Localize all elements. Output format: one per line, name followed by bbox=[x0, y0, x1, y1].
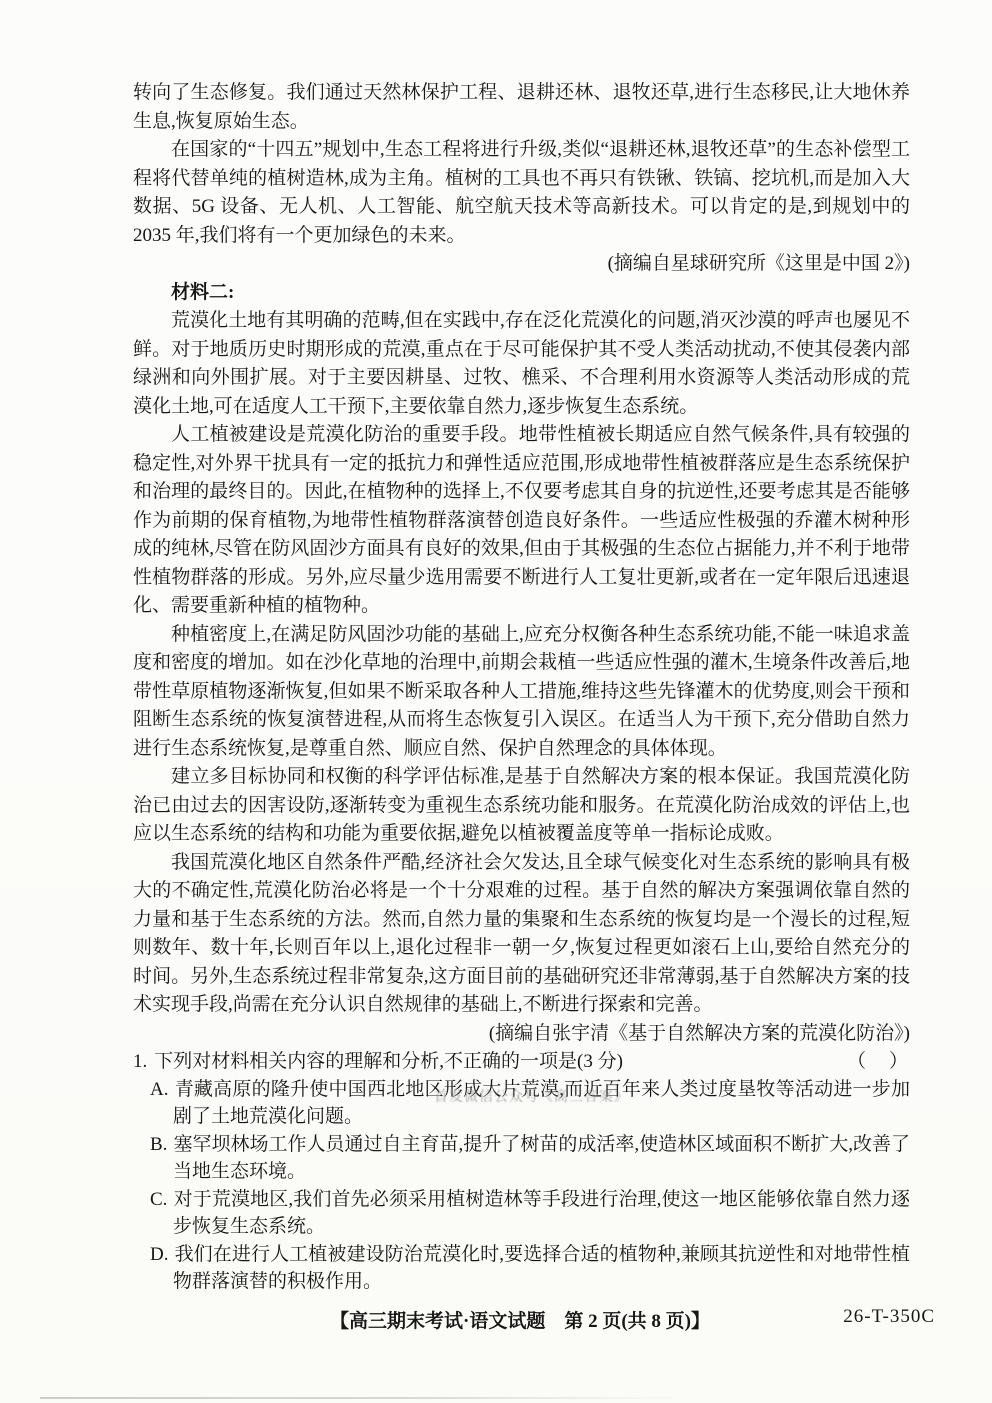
material-two-paragraph-1: 荒漠化土地有其明确的范畴,但在实践中,存在泛化荒漠化的问题,消灭沙漠的呼声也屡见… bbox=[133, 307, 910, 421]
question-1-stem-line: 1.下列对材料相关内容的理解和分析,不正确的一项是(3 分) bbox=[133, 1048, 623, 1076]
material-two-paragraph-5: 我国荒漠化地区自然条件严酷,经济社会欠发达,且全球气候变化对生态系统的影响具有极… bbox=[133, 849, 910, 1020]
footer-title: 【高三期末考试·语文试题 第 2 页(共 8 页)】 bbox=[330, 1306, 710, 1333]
option-b: B.塞罕坝林场工作人员通过自主育苗,提升了树苗的成活率,使造林区域面积不断扩大,… bbox=[173, 1131, 910, 1186]
material-two-heading: 材料二: bbox=[133, 279, 910, 308]
footer-code: 26-T-350C bbox=[843, 1306, 935, 1328]
option-c-label: C. bbox=[150, 1189, 167, 1210]
exam-page: 转向了生态修复。我们通过天然林保护工程、退耕还林、退牧还草,进行生态移民,让大地… bbox=[0, 0, 992, 1403]
material-two-paragraph-4: 建立多目标协同和权衡的科学评估标准,是基于自然解决方案的根本保证。我国荒漠化防治… bbox=[133, 763, 910, 849]
answer-brackets: （ ） bbox=[847, 1048, 910, 1076]
option-d-label: D. bbox=[150, 1244, 168, 1265]
material-one-attribution: (摘编自星球研究所《这里是中国 2》) bbox=[133, 250, 910, 279]
question-number: 1. bbox=[133, 1051, 147, 1072]
material-one-continuation: 转向了生态修复。我们通过天然林保护工程、退耕还林、退牧还草,进行生态移民,让大地… bbox=[133, 79, 910, 136]
option-b-text: 塞罕坝林场工作人员通过自主育苗,提升了树苗的成活率,使造林区域面积不断扩大,改善… bbox=[173, 1134, 910, 1183]
option-d: D.我们在进行人工植被建设防治荒漠化时,要选择合适的植物种,兼顾其抗逆性和对地带… bbox=[173, 1241, 910, 1296]
scan-artifact-line bbox=[40, 1397, 685, 1399]
material-two-attribution: (摘编自张宇清《基于自然解决方案的荒漠化防治》) bbox=[133, 1020, 910, 1049]
option-a-label: A. bbox=[150, 1079, 168, 1100]
option-b-label: B. bbox=[150, 1134, 167, 1155]
material-two-paragraph-2: 人工植被建设是荒漠化防治的重要手段。地带性植被长期适应自然气候条件,具有较强的稳… bbox=[133, 421, 910, 621]
option-c-text: 对于荒漠地区,我们首先必须采用植树造林等手段进行治理,使这一地区能够依靠自然力逐… bbox=[173, 1189, 910, 1238]
option-d-text: 我们在进行人工植被建设防治荒漠化时,要选择合适的植物种,兼顾其抗逆性和对地带性植… bbox=[173, 1244, 910, 1293]
page-footer: 【高三期末考试·语文试题 第 2 页(共 8 页)】 26-T-350C bbox=[0, 1306, 992, 1334]
material-two-paragraph-3: 种植密度上,在满足防风固沙功能的基础上,应充分权衡各种生态系统功能,不能一味追求… bbox=[133, 621, 910, 764]
question-1-head: 1.下列对材料相关内容的理解和分析,不正确的一项是(3 分) （ ） bbox=[133, 1048, 910, 1076]
watermark: 首发微信公众号《高三答案》 bbox=[434, 1086, 629, 1106]
question-1-stem: 下列对材料相关内容的理解和分析,不正确的一项是(3 分) bbox=[154, 1051, 623, 1072]
material-one-paragraph: 在国家的“十四五”规划中,生态工程将进行升级,类似“退耕还林,退牧还草”的生态补… bbox=[133, 136, 910, 250]
option-c: C.对于荒漠地区,我们首先必须采用植树造林等手段进行治理,使这一地区能够依靠自然… bbox=[173, 1186, 910, 1241]
page-content: 转向了生态修复。我们通过天然林保护工程、退耕还林、退牧还草,进行生态移民,让大地… bbox=[133, 79, 910, 1296]
